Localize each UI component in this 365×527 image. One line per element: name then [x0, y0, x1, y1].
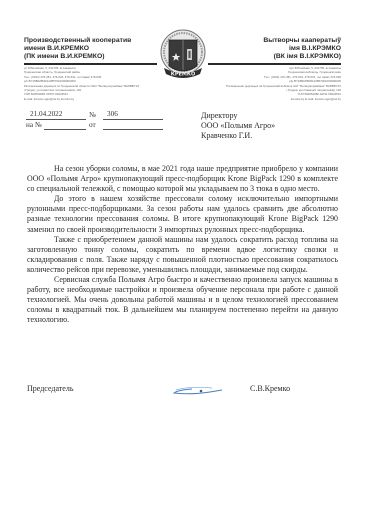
- letterhead-right-org: Вытворчы кааператыў імя В.І.КРЭМКО (ВК і…: [206, 37, 341, 62]
- handwritten-signature-icon: [170, 383, 230, 397]
- letterhead-right-address: вул.Юбілейная, 5, 231705, аг.Анкевічы Гр…: [201, 66, 341, 101]
- document-meta: 21.04.2022 № 306 на № от: [26, 110, 163, 130]
- addressee-block: Директору ООО «Полымя Агро» Кравченко Г.…: [201, 111, 275, 141]
- reference-row: на № от: [26, 120, 163, 130]
- org-name-line3: (ВК імя В.І.КРЭМКО): [206, 53, 341, 61]
- document-number: 306: [103, 109, 163, 120]
- signatory-name: С.В.Кремко: [250, 384, 290, 393]
- letter-body: На сезон уборки соломы, в мае 2021 года …: [27, 164, 338, 326]
- number-label: №: [89, 110, 103, 120]
- from-date: [103, 129, 163, 130]
- org-name-line1: Производственный кооператив: [24, 37, 159, 45]
- org-name-line2: имени В.И.КРЕМКО: [24, 45, 159, 53]
- signatory-title: Председатель: [27, 384, 74, 393]
- body-paragraph: Сервисная служба Полымя Агро быстро и ка…: [27, 275, 338, 325]
- org-name-line3: (ПК имени В.И.КРЕМКО): [24, 53, 159, 61]
- letterhead-divider-right: [208, 63, 341, 65]
- addressee-name: Кравченко Г.И.: [201, 131, 275, 141]
- address-line: E-mail: kremko-agro@tut.by kremko.by: [24, 97, 160, 101]
- addressee-title: Директору: [201, 111, 275, 121]
- address-line: kremko.by E-mail: kremko-agro@tut.by: [201, 97, 341, 101]
- reference-label: на №: [26, 120, 44, 130]
- body-paragraph: До этого в нашем хозяйстве прессовали со…: [27, 194, 338, 234]
- body-paragraph: На сезон уборки соломы, в мае 2021 года …: [27, 164, 338, 194]
- date-number-row: 21.04.2022 № 306: [26, 110, 163, 120]
- from-label: от: [89, 120, 103, 130]
- body-paragraph: Также с приобретением данной машины нам …: [27, 235, 338, 275]
- letterhead-left-address: ул.Юбилейная, 5, 231705, аг.Анкевичи Гро…: [24, 66, 160, 101]
- addressee-company: ООО «Полымя Агро»: [201, 121, 275, 131]
- svg-text:КРЕМКО: КРЕМКО: [171, 72, 195, 78]
- document-date: 21.04.2022: [26, 109, 86, 120]
- letterhead-left-org: Производственный кооператив имени В.И.КР…: [24, 37, 159, 62]
- org-name-line1: Вытворчы кааператыў: [206, 37, 341, 45]
- reference-number: [44, 129, 86, 130]
- letterhead-divider-left: [24, 63, 157, 65]
